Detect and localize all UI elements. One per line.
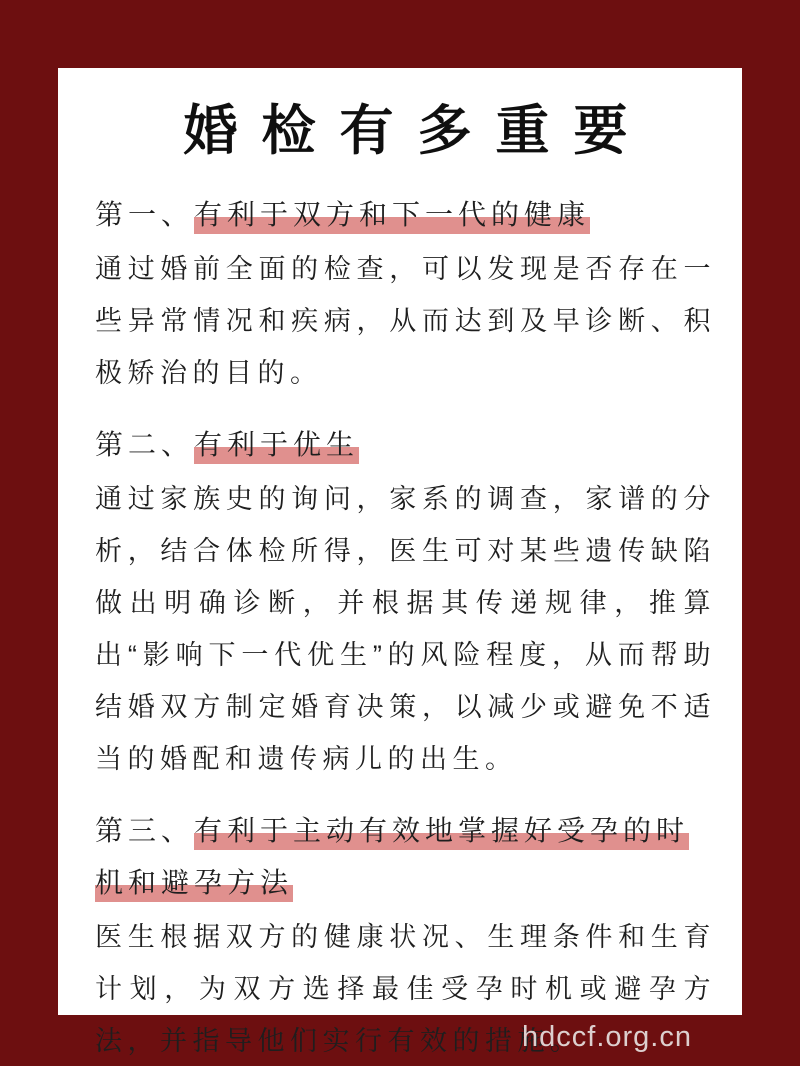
section-1-number: 第一、 — [95, 199, 194, 230]
content-panel: 婚检有多重要 第一、有利于双方和下一代的健康 通过婚前全面的检查，可以发现是否存… — [58, 68, 742, 1015]
section-1: 第一、有利于双方和下一代的健康 通过婚前全面的检查，可以发现是否存在一些异常情况… — [95, 189, 716, 399]
section-1-highlighted-text: 有利于双方和下一代的健康 — [194, 199, 590, 234]
section-3-number: 第三、 — [95, 815, 194, 846]
section-1-heading: 第一、有利于双方和下一代的健康 — [95, 189, 716, 241]
section-1-body: 通过婚前全面的检查，可以发现是否存在一些异常情况和疾病，从而达到及早诊断、积极矫… — [95, 243, 716, 399]
section-2-heading: 第二、有利于优生 — [95, 419, 716, 471]
watermark: hdccf.org.cn — [522, 1021, 692, 1054]
section-2-highlighted-text: 有利于优生 — [194, 429, 359, 464]
section-2: 第二、有利于优生 通过家族史的询问，家系的调查，家谱的分析，结合体检所得，医生可… — [95, 419, 716, 785]
section-3-heading: 第三、有利于主动有效地掌握好受孕的时机和避孕方法 — [95, 805, 716, 909]
poster-background: { "title": "婚检有多重要", "watermark": "hdccf… — [0, 0, 800, 1066]
section-2-body: 通过家族史的询问，家系的调查，家谱的分析，结合体检所得，医生可对某些遗传缺陷做出… — [95, 473, 716, 785]
section-2-number: 第二、 — [95, 429, 194, 460]
page-title: 婚检有多重要 — [95, 88, 716, 165]
